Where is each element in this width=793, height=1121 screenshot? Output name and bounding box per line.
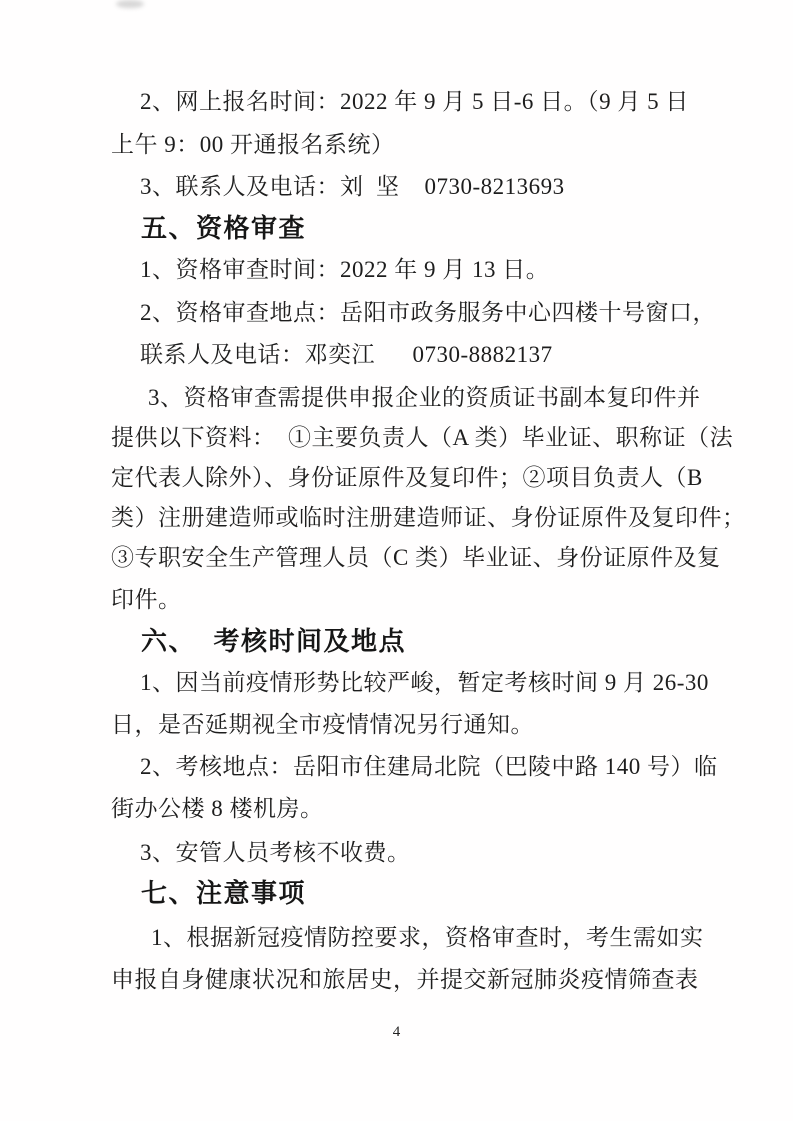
text-line: 3、资格审查需提供申报企业的资质证书副本复印件并 <box>148 386 701 409</box>
text-line: 2、资格审查地点：岳阳市政务服务中心四楼十号窗口， <box>140 301 716 324</box>
text-line: 定代表人除外）、身份证原件及复印件；②项目负责人（B <box>111 466 703 489</box>
text-line: 1、根据新冠疫情防控要求，资格审查时，考生需如实 <box>151 926 704 949</box>
text-line: 1、因当前疫情形势比较严峻，暂定考核时间 9 月 26-30 <box>140 671 709 694</box>
text-line: 3、联系人及电话：刘 坚 0730-8213693 <box>140 175 565 198</box>
section-heading-5: 五、资格审查 <box>141 215 306 241</box>
text-line: 印件。 <box>111 588 182 611</box>
document-page: 2、网上报名时间：2022 年 9 月 5 日-6 日。（9 月 5 日 上午 … <box>0 0 793 1121</box>
section-heading-7: 七、注意事项 <box>141 880 306 906</box>
text-line: ③专职安全生产管理人员（C 类）毕业证、身份证原件及复 <box>111 546 721 569</box>
page-number: 4 <box>0 1024 793 1041</box>
text-line: 提供以下资料： ①主要负责人（A 类）毕业证、职称证（法 <box>111 426 733 449</box>
section-heading-6: 六、 考核时间及地点 <box>141 628 406 654</box>
scan-smudge-artifact <box>116 0 144 8</box>
text-line: 街办公楼 8 楼机房。 <box>111 797 324 820</box>
text-line: 上午 9：00 开通报名系统） <box>111 133 395 156</box>
text-line: 2、网上报名时间：2022 年 9 月 5 日-6 日。（9 月 5 日 <box>140 90 689 113</box>
text-line: 类）注册建造师或临时注册建造师证、身份证原件及复印件； <box>111 506 746 529</box>
text-line: 联系人及电话：邓奕江 0730-8882137 <box>140 343 553 366</box>
text-line: 3、安管人员考核不收费。 <box>140 841 411 864</box>
text-line: 1、资格审查时间：2022 年 9 月 13 日。 <box>140 258 549 281</box>
text-line: 日，是否延期视全市疫情情况另行通知。 <box>111 713 534 736</box>
text-line: 2、考核地点：岳阳市住建局北院（巴陵中路 140 号）临 <box>140 755 718 778</box>
text-line: 申报自身健康状况和旅居史，并提交新冠肺炎疫情筛查表 <box>111 968 699 991</box>
